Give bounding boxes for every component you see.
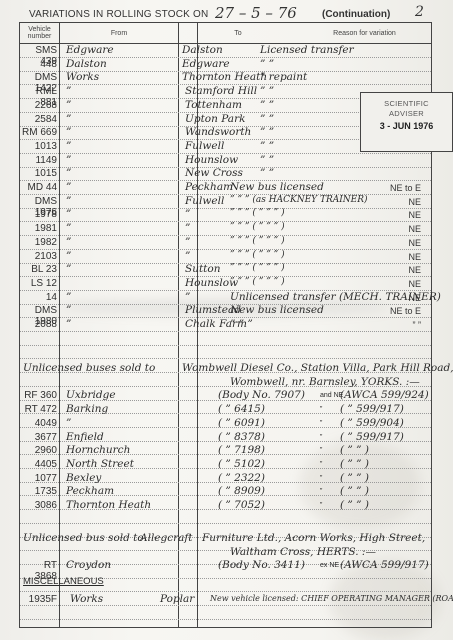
from-depot: Hornchurch xyxy=(66,444,130,456)
awca-number: (AWCA 599/917) xyxy=(340,559,429,571)
table-row: MD 44”PeckhamNew bus licensedNE to E xyxy=(20,182,433,195)
ex-ne: ex NE xyxy=(320,562,339,569)
awca-number: ( ” 599/917) xyxy=(340,431,404,443)
vehicle-number: 1935F xyxy=(20,594,59,605)
from-depot: ” xyxy=(66,154,181,166)
header-from: From xyxy=(60,23,178,43)
and-ne: ” xyxy=(320,447,322,454)
from-depot: Thornton Heath xyxy=(66,499,151,511)
ne-code: NE xyxy=(408,238,421,248)
awca-number: ( ” ” ) xyxy=(340,485,369,497)
awca-number: ( ” ” ) xyxy=(340,458,369,470)
reason-text: ” ” ” ( ” ” ” ) xyxy=(230,208,410,218)
and-ne: ” xyxy=(320,406,322,413)
to-depot: Poplar xyxy=(160,593,194,605)
from-depot: ” xyxy=(66,140,181,152)
from-depot: ” xyxy=(66,126,181,138)
reason-text: ” ” xyxy=(260,58,440,70)
vehicle-number: 4405 xyxy=(20,459,59,470)
from-depot: Peckham xyxy=(66,485,114,497)
from-depot: ” xyxy=(66,167,181,179)
ruled-line xyxy=(20,523,431,524)
and-ne: ” xyxy=(320,434,322,441)
from-depot: Uxbridge xyxy=(66,389,116,401)
sale-row: 1077Bexley( ” 2322)”( ” ” ) xyxy=(20,473,433,486)
header-vehicle-number: Vehicle number xyxy=(20,23,59,43)
page-number: 2 xyxy=(415,4,424,20)
table-row: DMS 1980”PlumsteadNew bus licensedNE to … xyxy=(20,305,433,318)
reason-text: ” ” ” (as HACKNEY TRAINER) xyxy=(230,195,410,205)
sale-row: 3677Enfield( ” 8378)”( ” 599/917) xyxy=(20,432,433,445)
from-depot: ” xyxy=(66,208,181,220)
table-row: 2103””” ” ” ( ” ” ” )NE xyxy=(20,251,433,264)
sale-row: 3086Thornton Heath( ” 7052)”( ” ” ) xyxy=(20,500,433,513)
misc-heading: MISCELLANEOUS xyxy=(20,576,433,589)
vehicle-number: MD 44 xyxy=(20,182,59,193)
vehicle-number: LS 12 xyxy=(20,278,59,289)
sale-row: RF 360Uxbridge(Body No. 7907)and NE(AWCA… xyxy=(20,390,433,403)
stamp-date: 3 - JUN 1976 xyxy=(361,121,452,131)
vehicle-number: RM 669 xyxy=(20,127,59,138)
vehicle-number: 448 xyxy=(20,59,59,70)
vehicle-number: 2268 xyxy=(20,100,59,111)
and-ne: ” xyxy=(320,475,322,482)
ne-code: NE xyxy=(408,293,421,303)
table-row: SMS 439EdgwareDalstonLicensed transfer xyxy=(20,45,433,58)
awca-number: ( ” ” ) xyxy=(340,499,369,511)
ne-code: ” ” xyxy=(413,320,422,330)
sale-row: RT 3868Croydon(Body No. 3411)ex NE(AWCA … xyxy=(20,560,433,573)
document-title: VARIATIONS IN ROLLING STOCK ON xyxy=(29,9,208,20)
table-row: DMS 1976”Fulwell” ” ” (as HACKNEY TRAINE… xyxy=(20,196,433,209)
vehicle-number: BL 23 xyxy=(20,264,59,275)
from-depot: Works xyxy=(70,593,103,605)
vehicle-number: 2960 xyxy=(20,445,59,456)
awca-number: ( ” 599/917) xyxy=(340,403,404,415)
body-number: (Body No. 3411) xyxy=(218,559,318,571)
vehicle-number: 4049 xyxy=(20,418,59,429)
body-number: ( ” 8909) xyxy=(218,485,318,497)
vehicle-number: 1735 xyxy=(20,486,59,497)
sale-row: RT 472Barking( ” 6415)”( ” 599/917) xyxy=(20,404,433,417)
sale-heading-address: Wombwell, nr. Barnsley, YORKS. :— xyxy=(230,376,420,388)
table-row: DMS 1422WorksThornton Heath” repaint xyxy=(20,72,433,85)
from-depot: ” xyxy=(66,263,181,275)
vehicle-number: 1981 xyxy=(20,223,59,234)
sale-row: 2960Hornchurch( ” 7198)”( ” ” ) xyxy=(20,445,433,458)
from-depot: Bexley xyxy=(66,472,101,484)
reason-text: New bus licensed xyxy=(230,304,410,316)
and-ne: ” xyxy=(320,461,322,468)
from-depot: ” xyxy=(66,113,181,125)
reason-text: ” repaint xyxy=(260,71,440,83)
reason-text: Unlicensed transfer (MECH. TRAINER) xyxy=(230,291,410,303)
body-number: ( ” 5102) xyxy=(218,458,318,470)
from-depot: Enfield xyxy=(66,431,104,443)
table-row: 1015”New Cross” ” xyxy=(20,168,433,181)
body-number: ( ” 7052) xyxy=(218,499,318,511)
awca-number: ( ” ” ) xyxy=(340,444,369,456)
from-depot: ” xyxy=(66,291,181,303)
stamp-line-2: ADVISER xyxy=(361,109,452,118)
body-number: ( ” 6415) xyxy=(218,403,318,415)
from-depot: Barking xyxy=(66,403,108,415)
table-row: 1978””” ” ” ( ” ” ” )NE xyxy=(20,209,433,222)
ne-code: NE xyxy=(408,279,421,289)
sale-row: 4049”( ” 6091)”( ” 599/904) xyxy=(20,418,433,431)
reason-text: ” ” ” ( ” ” ” ) xyxy=(230,277,410,287)
reason-text: ” ” ” xyxy=(230,318,410,330)
ne-code: NE xyxy=(408,197,421,207)
from-depot: North Street xyxy=(66,458,134,470)
sale-heading-left: Unlicensed buses sold to xyxy=(23,362,155,374)
ledger-page: VARIATIONS IN ROLLING STOCK ON 27 – 5 – … xyxy=(0,0,453,640)
vehicle-number: 1015 xyxy=(20,168,59,179)
vehicle-number: 1149 xyxy=(20,155,59,166)
sale-heading-line2: Waltham Cross, HERTS. :— xyxy=(20,547,433,560)
body-number: ( ” 8378) xyxy=(218,431,318,443)
from-depot: ” xyxy=(66,195,181,207)
and-ne: ” xyxy=(320,420,322,427)
awca-number: (AWCA 599/924) xyxy=(340,389,429,401)
vehicle-number: 1978 xyxy=(20,209,59,220)
body-number: (Body No. 7907) xyxy=(218,389,318,401)
table-header: Vehicle number From To Reason for variat… xyxy=(20,23,431,44)
sale-heading-right: Furniture Ltd., Acorn Works, High Street… xyxy=(202,532,425,544)
vehicle-number: RT 472 xyxy=(20,404,59,415)
table-row: 1149”Hounslow” ” xyxy=(20,155,433,168)
reason-text: New bus licensed xyxy=(230,181,410,193)
vehicle-number: 1077 xyxy=(20,473,59,484)
from-depot: ” xyxy=(66,99,181,111)
and-ne: ” xyxy=(320,502,322,509)
sale-heading-buyer: Allegcraft xyxy=(140,532,193,544)
vehicle-number: 14 xyxy=(20,292,59,303)
ne-code: NE xyxy=(408,224,421,234)
vehicle-number: 3086 xyxy=(20,500,59,511)
from-depot: ” xyxy=(66,181,181,193)
reason-text: ” ” ” ( ” ” ” ) xyxy=(230,263,410,273)
table-row: 1981””” ” ” ( ” ” ” )NE xyxy=(20,223,433,236)
document-date: 27 – 5 – 76 xyxy=(215,4,297,22)
from-depot: ” xyxy=(66,417,71,429)
ne-code: NE xyxy=(408,252,421,262)
body-number: ( ” 2322) xyxy=(218,472,318,484)
misc-heading-label: MISCELLANEOUS xyxy=(23,576,104,587)
stamp-line-1: SCIENTIFIC xyxy=(361,99,452,108)
vehicle-number: 1982 xyxy=(20,237,59,248)
from-depot: Dalston xyxy=(66,58,181,70)
reason-text: ” ” ” ( ” ” ” ) xyxy=(230,236,410,246)
from-depot: ” xyxy=(66,85,181,97)
reason-text: ” ” xyxy=(260,167,440,179)
sale-heading-address: Waltham Cross, HERTS. :— xyxy=(230,546,376,558)
from-depot: ” xyxy=(66,304,181,316)
table-row: 2088”Chalk Farm” ” ”” ” xyxy=(20,319,433,332)
ne-code: NE to E xyxy=(390,183,421,193)
from-depot: Edgware xyxy=(66,44,181,56)
vehicle-number: 2584 xyxy=(20,114,59,125)
ne-code: NE xyxy=(408,265,421,275)
ne-code: NE xyxy=(408,210,421,220)
continuation-label: (Continuation) xyxy=(322,9,390,20)
reason-text: ” ” ” ( ” ” ” ) xyxy=(230,250,410,260)
from-depot: ” xyxy=(66,236,181,248)
table-row: 448DalstonEdgware” ” xyxy=(20,59,433,72)
scientific-adviser-stamp: SCIENTIFIC ADVISER 3 - JUN 1976 xyxy=(360,92,453,152)
vehicle-number: 3677 xyxy=(20,432,59,443)
ne-code: NE to E xyxy=(390,306,421,316)
from-depot: Works xyxy=(66,71,181,83)
reason-text: ” ” xyxy=(260,154,440,166)
from-depot: Croydon xyxy=(66,559,111,571)
table-row: 14””Unlicensed transfer (MECH. TRAINER)N… xyxy=(20,292,433,305)
misc-row: 1935FWorksPoplarNew vehicle licensed: CH… xyxy=(20,594,433,607)
sale-row: 1735Peckham( ” 8909)”( ” ” ) xyxy=(20,486,433,499)
sale-heading-right: Wombwell Diesel Co., Station Villa, Park… xyxy=(182,362,453,374)
sale-heading: Unlicensed buses sold toWombwell Diesel … xyxy=(20,363,433,376)
ruled-line xyxy=(20,345,431,346)
vehicle-number: 2103 xyxy=(20,251,59,262)
ruled-line xyxy=(20,358,431,359)
table-row: LS 12Hounslow” ” ” ( ” ” ” )NE xyxy=(20,278,433,291)
from-depot: ” xyxy=(66,318,181,330)
reason-text: ” ” ” ( ” ” ” ) xyxy=(230,222,410,232)
awca-number: ( ” ” ) xyxy=(340,472,369,484)
reason-text: New vehicle licensed: CHIEF OPERATING MA… xyxy=(210,594,453,603)
body-number: ( ” 7198) xyxy=(218,444,318,456)
vehicle-number: 1013 xyxy=(20,141,59,152)
sale-heading: Unlicensed bus sold toAllegcraftFurnitur… xyxy=(20,533,433,546)
ruled-line xyxy=(20,619,431,620)
awca-number: ( ” 599/904) xyxy=(340,417,404,429)
table-row: BL 23”Sutton” ” ” ( ” ” ” )NE xyxy=(20,264,433,277)
sale-heading-line2: Wombwell, nr. Barnsley, YORKS. :— xyxy=(20,377,433,390)
sale-row: 4405North Street( ” 5102)”( ” ” ) xyxy=(20,459,433,472)
from-depot: ” xyxy=(66,222,181,234)
reason-text: Licensed transfer xyxy=(260,44,440,56)
sale-heading-left: Unlicensed bus sold to xyxy=(23,532,144,544)
table-row: 1982””” ” ” ( ” ” ” )NE xyxy=(20,237,433,250)
body-number: ( ” 6091) xyxy=(218,417,318,429)
from-depot: ” xyxy=(66,250,181,262)
vehicle-number: RF 360 xyxy=(20,390,59,401)
vehicle-number: 2088 xyxy=(20,319,59,330)
and-ne: ” xyxy=(320,488,322,495)
header-reason: Reason for variation xyxy=(298,23,431,43)
